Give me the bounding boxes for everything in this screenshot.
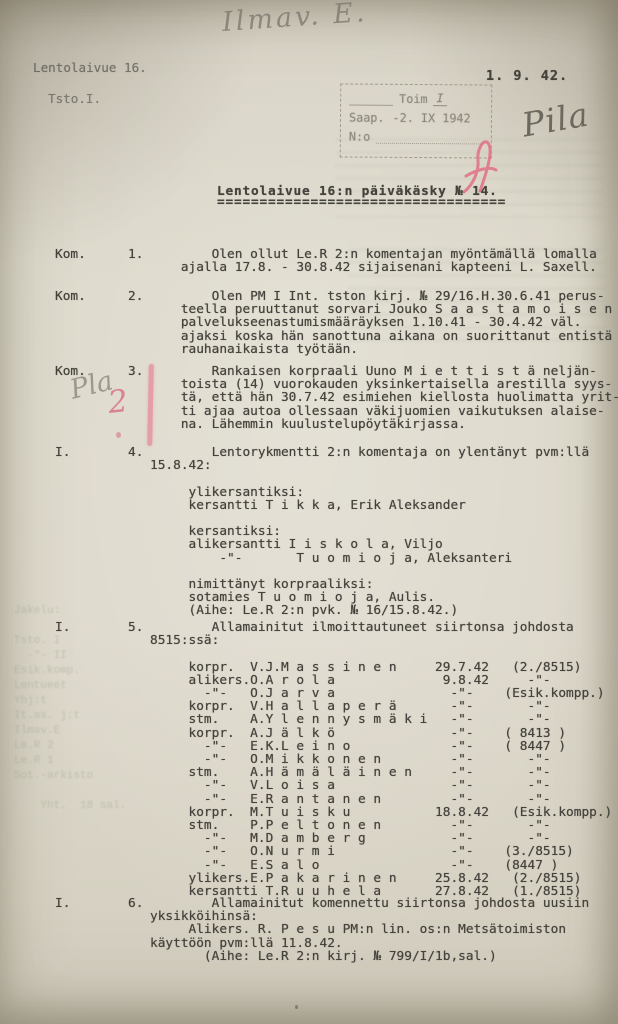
item-3-number: 3. xyxy=(128,365,143,378)
stamp-org-number: I xyxy=(434,91,447,106)
handwritten-routing-note: Ilmav. E. xyxy=(221,0,368,38)
page-bottom-mark xyxy=(295,1005,298,1009)
item-2-authority: Kom. xyxy=(55,290,86,303)
item-5-number: 5. xyxy=(128,621,143,634)
stamp-received-date: -2. IX 1942 xyxy=(392,111,470,126)
item-6-authority: I. xyxy=(55,897,70,910)
item-2-number: 2. xyxy=(128,290,143,303)
pencil-signature: Pila xyxy=(519,94,592,144)
stamp-blank-line xyxy=(349,95,393,106)
item-4-number: 4. xyxy=(128,446,143,459)
stamp-received-row: Saap. -2. IX 1942 xyxy=(349,111,483,126)
margin-red-number: 2 xyxy=(106,383,129,421)
item-1-authority: Kom. xyxy=(55,248,86,261)
item-3-body: Rankaisen korpraali Uuno M i e t t i s t… xyxy=(150,365,618,431)
stamp-number-label: N:o xyxy=(349,130,370,144)
item-5-body: Allamainitut ilmoittautuneet siirtonsa j… xyxy=(150,621,612,898)
item-5-authority: I. xyxy=(55,621,70,634)
stamp-org-label: Toim xyxy=(399,92,428,106)
margin-red-dot xyxy=(116,432,121,438)
item-1-body: Olen ollut Le.R 2:n komentajan myöntämäl… xyxy=(150,248,597,274)
item-4-authority: I. xyxy=(55,446,70,459)
sender-office: Tsto.I. xyxy=(48,91,101,106)
item-4-body: Lentorykmentti 2:n komentaja on ylentäny… xyxy=(150,446,589,618)
title-underline: ================================== xyxy=(217,195,506,210)
document-date: 1. 9. 42. xyxy=(486,68,568,84)
item-6-number: 6. xyxy=(128,897,143,910)
item-2-body: Olen PM I Int. tston kirj. № 29/16.H.30.… xyxy=(150,290,612,356)
item-3-authority: Kom. xyxy=(55,365,86,378)
sender-unit: Lentolaivue 16. xyxy=(33,60,147,75)
stamp-received-label: Saap. xyxy=(349,111,385,125)
item-6-body: Allamainitut komennettu siirtonsa johdos… xyxy=(150,897,589,963)
stamp-org-row: Toim I xyxy=(349,91,483,107)
item-1-number: 1. xyxy=(128,248,143,261)
